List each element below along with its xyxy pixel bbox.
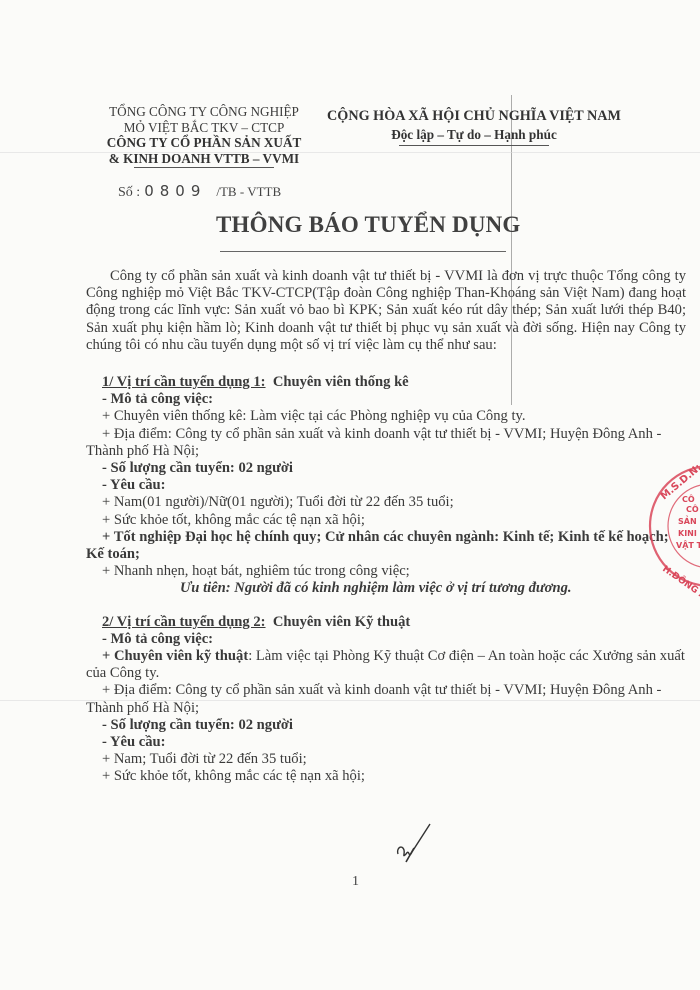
document-body: Công ty cổ phần sản xuất và kinh doanh v…	[86, 268, 686, 786]
parent-org-line2: MỎ VIỆT BẮC TKV – CTCP	[92, 120, 316, 136]
requirement-item: + Sức khỏe tốt, không mắc các tệ nạn xã …	[86, 768, 686, 785]
svg-text:CÔ: CÔ	[682, 493, 695, 504]
requirements-label: - Yêu cầu:	[86, 477, 686, 494]
doc-number-value: 0809	[144, 182, 206, 200]
section-gap	[86, 598, 686, 614]
company-line2: & KINH DOANH VTTB – VVMI	[92, 151, 316, 167]
position-heading: 2/ Vị trí cần tuyển dụng 2: Chuyên viên …	[86, 614, 686, 631]
role-prefix: + Chuyên viên thống kê	[102, 408, 242, 424]
title-underline	[220, 251, 506, 252]
svg-text:SẢN: SẢN	[678, 515, 697, 526]
job-location: + Địa điểm: Công ty cổ phần sản xuất và …	[86, 426, 686, 460]
header-right-underline	[399, 145, 549, 146]
parent-org-line1: TỔNG CÔNG TY CÔNG NGHIỆP	[92, 104, 316, 120]
priority-note: Ưu tiên: Người đã có kinh nghiệm làm việ…	[86, 580, 686, 597]
svg-text:H.ĐÔNG A: H.ĐÔNG A	[660, 563, 700, 600]
doc-number-label: Số :	[118, 185, 140, 200]
requirement-item: + Tốt nghiệp Đại học hệ chính quy; Cử nh…	[86, 529, 686, 563]
position-heading-title: Chuyên viên Kỹ thuật	[273, 614, 410, 630]
header-left-underline	[134, 167, 274, 168]
requirement-item: + Nam(01 người)/Nữ(01 người); Tuổi đời t…	[86, 494, 686, 511]
company-seal-icon: M.S.D.N: 0101 CÔ CÔ SẢN KINI VẬT T H.ĐÔN…	[648, 452, 700, 600]
intro-paragraph: Công ty cổ phần sản xuất và kinh doanh v…	[86, 268, 686, 354]
job-quantity: - Số lượng cần tuyển: 02 người	[86, 717, 686, 734]
requirement-item: + Nhanh nhẹn, hoạt bát, nghiêm túc trong…	[86, 563, 686, 580]
document-page: TỔNG CÔNG TY CÔNG NGHIỆP MỎ VIỆT BẮC TKV…	[0, 0, 700, 990]
requirement-item: + Sức khỏe tốt, không mắc các tệ nạn xã …	[86, 512, 686, 529]
document-number: Số :0809/TB - VTTB	[118, 182, 281, 201]
job-location: + Địa điểm: Công ty cổ phần sản xuất và …	[86, 682, 686, 716]
signature-initials-icon	[394, 818, 434, 868]
job-quantity: - Số lượng cần tuyển: 02 người	[86, 460, 686, 477]
page-number: 1	[352, 874, 359, 890]
role-text: : Làm việc tại các Phòng nghiệp vụ của C…	[242, 408, 525, 424]
role-prefix: + Chuyên viên kỹ thuật	[102, 648, 248, 664]
position-heading-label: 2/ Vị trí cần tuyển dụng 2:	[102, 614, 266, 630]
svg-text:KINI: KINI	[678, 529, 697, 538]
job-description: + Chuyên viên thống kê: Làm việc tại các…	[86, 408, 686, 425]
doc-number-suffix: /TB - VTTB	[216, 184, 281, 199]
national-title: CỘNG HÒA XÃ HỘI CHỦ NGHĨA VIỆT NAM	[314, 108, 634, 125]
national-header: CỘNG HÒA XÃ HỘI CHỦ NGHĨA VIỆT NAM Độc l…	[314, 108, 634, 146]
requirement-item: + Nam; Tuổi đời từ 22 đến 35 tuổi;	[86, 751, 686, 768]
position-heading-label: 1/ Vị trí cần tuyển dụng 1:	[102, 374, 266, 390]
position-heading-title: Chuyên viên thống kê	[273, 374, 409, 390]
position-1: 1/ Vị trí cần tuyển dụng 1: Chuyên viên …	[86, 374, 686, 598]
company-line1: CÔNG TY CỔ PHẦN SẢN XUẤT	[92, 135, 316, 151]
issuer-header: TỔNG CÔNG TY CÔNG NGHIỆP MỎ VIỆT BẮC TKV…	[92, 104, 316, 168]
svg-text:VẬT T: VẬT T	[676, 540, 700, 550]
national-motto: Độc lập – Tự do – Hạnh phúc	[314, 127, 634, 143]
position-heading: 1/ Vị trí cần tuyển dụng 1: Chuyên viên …	[86, 374, 686, 391]
position-2: 2/ Vị trí cần tuyển dụng 2: Chuyên viên …	[86, 614, 686, 786]
requirements-label: - Yêu cầu:	[86, 734, 686, 751]
document-title: THÔNG BÁO TUYỂN DỤNG	[216, 212, 521, 238]
job-description-label: - Mô tả công việc:	[86, 631, 686, 648]
job-description: + Chuyên viên kỹ thuật: Làm việc tại Phò…	[86, 648, 686, 682]
job-description-label: - Mô tả công việc:	[86, 391, 686, 408]
svg-text:CÔ: CÔ	[686, 503, 699, 514]
